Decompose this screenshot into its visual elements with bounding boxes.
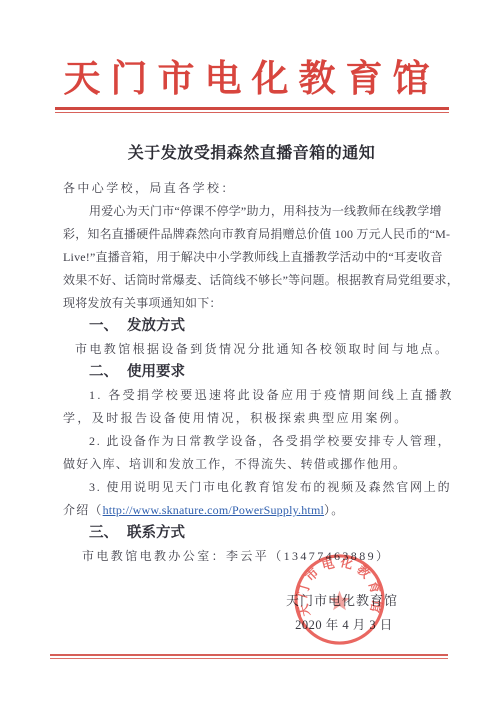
section-1-number: 一、: [89, 318, 118, 334]
seal-star-icon: [329, 591, 350, 611]
intro-line: 彩，知名直播硬件品牌森然向市教育局捐赠总价值 100 万元人民币的“M-: [63, 223, 458, 246]
sknature-powersupply-link[interactable]: http://www.sknature.com/PowerSupply.html: [103, 503, 324, 517]
section-3-title: 联系方式: [127, 525, 185, 541]
section-1-title: 发放方式: [127, 318, 185, 334]
salutation-line: 各中心学校，局直各学校：: [63, 177, 458, 200]
notice-document-page: 天门市电化教育馆 关于发放受捐森然直播音箱的通知 各中心学校，局直各学校： 用爱…: [0, 0, 503, 711]
letterhead-rule-thick: [55, 107, 449, 110]
section-2-title: 使用要求: [127, 364, 185, 380]
contact-line: 市电教馆电教办公室：李云平（13477463889）: [63, 545, 458, 568]
notice-body: 各中心学校，局直各学校： 用爱心为天门市“停课不停学”助力，用科技为一线教师在线…: [63, 177, 458, 568]
notice-title: 关于发放受捐森然直播音箱的通知: [0, 144, 503, 164]
section-2-number: 二、: [89, 364, 118, 380]
list-item-line: 1. 各受捐学校要迅速将此设备应用于疫情期间线上直播教: [63, 384, 458, 407]
footer-rule-top: [50, 654, 448, 656]
list-item-line: 3. 使用说明见天门市电化教育馆发布的视频及森然官网上的: [63, 476, 458, 499]
list-item-line: 做好入库、培训和发放工作，不得流失、转借或挪作他用。: [63, 453, 458, 476]
official-seal-graphic: 天门市电化教育馆: [291, 552, 388, 647]
intro-line: 效果不好、话筒时常爆麦、话筒线不够长”等问题。根据教育局党组要求，: [63, 269, 458, 292]
official-seal: 天门市电化教育馆: [291, 552, 388, 647]
section-3-heading: 三、联系方式: [63, 522, 458, 545]
list-item-line: 2. 此设备作为日常教学设备，各受捐学校要安排专人管理，: [63, 430, 458, 453]
section-3-number: 三、: [89, 525, 118, 541]
section-1-body-line: 市电教馆根据设备到货情况分批通知各校领取时间与地点。: [63, 338, 458, 361]
link-suffix-text: ）。: [324, 503, 344, 517]
seal-arc-text: 天门市电化教育馆: [294, 554, 385, 618]
intro-line: 用爱心为天门市“停课不停学”助力，用科技为一线教师在线教学增: [63, 200, 458, 223]
link-prefix-text: 介绍（: [63, 503, 103, 517]
letterhead-org-name: 天门市电化教育馆: [0, 0, 503, 100]
seal-arc-text-holder: 天门市电化教育馆: [294, 554, 385, 618]
intro-line: 现将发放有关事项通知如下：: [63, 292, 458, 315]
list-item-line: 学，及时报告设备使用情况，积极探索典型应用案例。: [63, 407, 458, 430]
letterhead-rule-thin: [55, 112, 449, 113]
section-2-heading: 二、使用要求: [63, 361, 458, 384]
letterhead-rule: [55, 107, 449, 113]
footer-rule-bottom: [50, 658, 448, 659]
section-1-heading: 一、发放方式: [63, 315, 458, 338]
intro-line: Live!”直播音箱，用于解决中小学教师线上直播教学活动中的“耳麦收音: [63, 246, 458, 269]
list-item-line: 介绍（http://www.sknature.com/PowerSupply.h…: [63, 499, 458, 522]
footer-rule: [50, 654, 448, 659]
